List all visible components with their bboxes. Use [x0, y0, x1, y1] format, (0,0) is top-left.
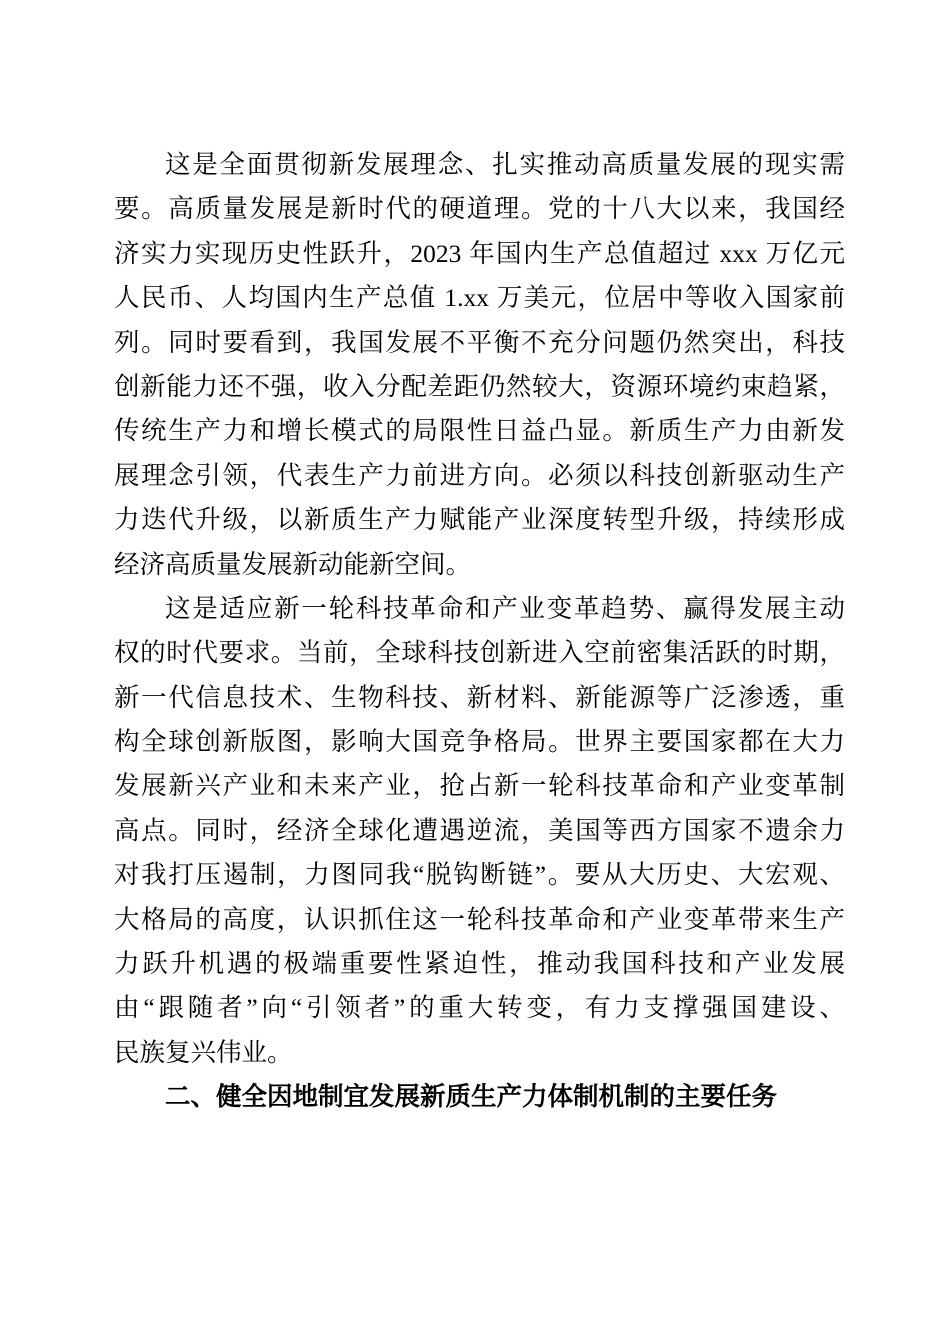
body-text-line: 力迭代升级，以新质生产力赋能产业深度转型升级，持续形成 [114, 498, 845, 542]
body-text-line: 大格局的高度，认识抓住这一轮科技革命和产业变革带来生产 [114, 898, 845, 942]
body-text-line: 权的时代要求。当前，全球科技创新进入空前密集活跃的时期， [114, 631, 845, 675]
body-text-line: 力跃升机遇的极端重要性紧迫性，推动我国科技和产业发展 [114, 942, 845, 986]
body-text-line: 创新能力还不强，收入分配差距仍然较大，资源环境约束趋紧， [114, 365, 845, 409]
body-text-line: 传统生产力和增长模式的局限性日益凸显。新质生产力由新发 [114, 409, 845, 453]
body-text-line: 对我打压遏制，力图同我“脱钩断链”。要从大历史、大宏观、 [114, 853, 845, 897]
body-text-line: 这是全面贯彻新发展理念、扎实推动高质量发展的现实需 [114, 143, 845, 187]
document-content: 这是全面贯彻新发展理念、扎实推动高质量发展的现实需要。高质量发展是新时代的硬道理… [114, 143, 845, 1120]
body-text-line: 这是适应新一轮科技革命和产业变革趋势、赢得发展主动 [114, 587, 845, 631]
body-text-line: 构全球创新版图，影响大国竞争格局。世界主要国家都在大力 [114, 720, 845, 764]
body-text-line: 经济高质量发展新动能新空间。 [114, 543, 845, 587]
body-text-line: 民族复兴伟业。 [114, 1031, 845, 1075]
body-text-line: 人民币、人均国内生产总值 1.xx 万美元，位居中等收入国家前 [114, 276, 845, 320]
body-text-line: 由“跟随者”向“引领者”的重大转变，有力支撑强国建设、 [114, 986, 845, 1030]
body-text-line: 要。高质量发展是新时代的硬道理。党的十八大以来，我国经 [114, 187, 845, 231]
body-text-line: 发展新兴产业和未来产业，抢占新一轮科技革命和产业变革制 [114, 764, 845, 808]
body-text-line: 列。同时要看到，我国发展不平衡不充分问题仍然突出，科技 [114, 321, 845, 365]
section-heading: 二、健全因地制宜发展新质生产力体制机制的主要任务 [114, 1075, 845, 1119]
body-text-line: 济实力实现历史性跃升，2023 年国内生产总值超过 xxx 万亿元 [114, 232, 845, 276]
body-text-line: 新一代信息技术、生物科技、新材料、新能源等广泛渗透，重 [114, 676, 845, 720]
body-text-line: 高点。同时，经济全球化遭遇逆流，美国等西方国家不遗余力 [114, 809, 845, 853]
body-text-line: 展理念引领，代表生产力前进方向。必须以科技创新驱动生产 [114, 454, 845, 498]
document-page: 这是全面贯彻新发展理念、扎实推动高质量发展的现实需要。高质量发展是新时代的硬道理… [0, 0, 950, 1344]
